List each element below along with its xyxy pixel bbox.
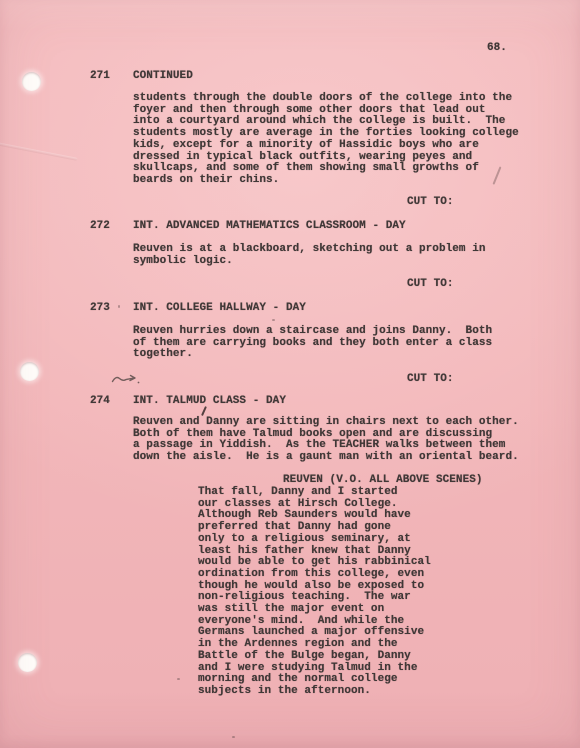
ink-speck <box>232 736 235 738</box>
scene-number-271: 271 <box>90 71 110 83</box>
paper-crease <box>0 142 78 161</box>
hole-punch-middle <box>20 362 39 381</box>
ink-speck <box>177 678 180 680</box>
dialogue-text-reuven: That fall, Danny and I started our class… <box>198 487 431 698</box>
scene-heading-271: CONTINUED <box>133 71 193 83</box>
pencil-squiggle-arrow-mark <box>111 371 141 387</box>
screenplay-page: 68. 271 CONTINUED students through the d… <box>0 0 580 748</box>
page-number: 68. <box>487 43 507 55</box>
transition-cut-to-1: CUT TO: <box>407 197 454 209</box>
hole-punch-bottom <box>18 653 37 672</box>
scene-heading-274: INT. TALMUD CLASS - DAY <box>133 396 286 408</box>
scene-number-274: 274 <box>90 396 110 408</box>
hole-punch-top <box>22 72 41 91</box>
ink-speck <box>272 319 275 321</box>
character-cue-reuven: REUVEN (V.O. ALL ABOVE SCENES) <box>283 475 483 487</box>
action-text-274: Reuven and Danny are sitting in chairs n… <box>133 417 519 464</box>
scene-heading-272: INT. ADVANCED MATHEMATICS CLASSROOM - DA… <box>133 221 406 233</box>
ink-speck <box>118 305 120 308</box>
scene-number-273: 273 <box>90 303 110 315</box>
action-text-271: students through the double doors of the… <box>133 93 519 187</box>
action-text-273: Reuven hurries down a staircase and join… <box>133 326 492 361</box>
transition-cut-to-2: CUT TO: <box>407 279 454 291</box>
scene-heading-273: INT. COLLEGE HALLWAY - DAY <box>133 303 306 315</box>
action-text-272: Reuven is at a blackboard, sketching out… <box>133 244 486 267</box>
transition-cut-to-3: CUT TO: <box>407 374 454 386</box>
scene-number-272: 272 <box>90 221 110 233</box>
